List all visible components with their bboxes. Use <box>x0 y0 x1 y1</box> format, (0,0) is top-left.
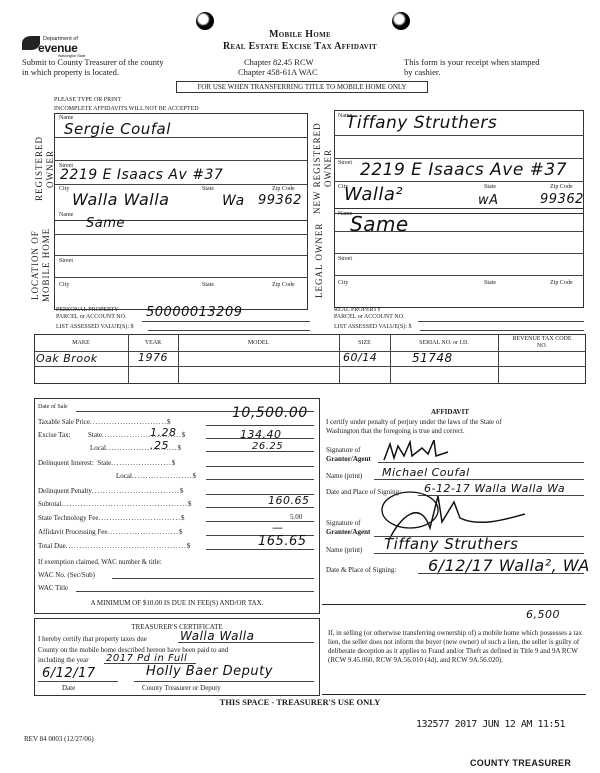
th-year: YEAR <box>128 340 178 346</box>
excise-tax-label: Excise Tax: <box>38 431 71 439</box>
no-street-field[interactable]: 2219 E Isaacs Ave #37 <box>360 160 567 180</box>
treasurer-line3: including the year <box>38 656 89 664</box>
th-serial: SERIAL NO. or I.D. <box>390 340 498 346</box>
treasurer-signer-label: County Treasurer or Deputy <box>142 684 221 692</box>
grantor-name-label: Name (print) <box>326 472 362 480</box>
punch-hole-right <box>392 12 410 30</box>
no-zip-field[interactable]: 99362 <box>540 192 584 207</box>
wac-no-label: WAC No. (Sec/Sub) <box>38 571 95 579</box>
lo-state-label: State <box>484 280 496 286</box>
td-serial[interactable]: 51748 <box>412 351 453 365</box>
loc-state-label: State <box>202 282 214 288</box>
wac-title-label: WAC Title <box>38 584 68 592</box>
personal-parcel-field[interactable]: 50000013209 <box>146 305 242 320</box>
grantor-signature-field[interactable] <box>382 440 452 462</box>
ro-state-label: State <box>202 186 214 192</box>
legal-owner-label: LEGAL OWNER <box>314 214 334 306</box>
affidavit-fee-field[interactable]: — <box>272 521 284 534</box>
tech-fee-field: 5.00 <box>290 513 302 521</box>
grantor-name-field[interactable]: Michael Coufal <box>382 466 470 479</box>
excise-local-field[interactable]: 26.25 <box>252 441 283 452</box>
no-street-label: Street <box>338 160 352 166</box>
taxable-sale-price-row: Taxable Sale Price......................… <box>38 418 171 426</box>
td-size[interactable]: 60/14 <box>343 351 377 364</box>
use-banner: FOR USE WHEN TRANSFERRING TITLE TO MOBIL… <box>176 81 428 93</box>
ro-name-field[interactable]: Sergie Coufal <box>64 120 171 138</box>
excise-state-rate[interactable]: 1.28 <box>150 426 177 439</box>
submit-note-line2: in which property is located. <box>22 67 119 77</box>
real-parcel-label1: REAL PROPERTY <box>334 307 381 313</box>
treasurer-county-field[interactable]: Walla Walla <box>180 629 254 643</box>
receipt-note-line1: This form is your receipt when stamped <box>404 57 540 67</box>
chapter-rcw: Chapter 82.45 RCW <box>244 57 314 67</box>
personal-assessed-label: LIST ASSESSED VALUE(S): $ <box>56 324 134 330</box>
no-name-field[interactable]: Tiffany Struthers <box>346 113 497 133</box>
excise-local-rate[interactable]: .25 <box>150 439 169 452</box>
loc-city-label: City <box>59 282 69 288</box>
grantor-sig-label1: Signature of <box>326 446 360 454</box>
loc-zip-label: Zip Code <box>272 282 295 288</box>
real-assessed-label: LIST ASSESSED VALUE(S): $ <box>334 324 412 330</box>
chapter-wac: Chapter 458-61A WAC <box>238 67 318 77</box>
form-title-line1: Mobile Home <box>0 29 600 40</box>
instructions-line1: PLEASE TYPE OR PRINT <box>54 97 121 103</box>
affidavit-certify-line2: Washington that the foregoing is true an… <box>326 427 465 435</box>
new-owner-label: NEW REGISTERED OWNER <box>312 116 336 220</box>
grantee-sig-label1: Signature of <box>326 519 360 527</box>
treasurer-date-label: Date <box>62 684 75 692</box>
ro-city-label: City <box>59 186 69 192</box>
lo-street-label: Street <box>338 256 352 262</box>
county-treasurer-stamp: COUNTY TREASURER <box>470 758 571 768</box>
delinquent-penalty-row: Delinquent Penalty......................… <box>38 487 183 495</box>
no-city-field[interactable]: Walla² <box>344 184 403 205</box>
grantee-sig-label2: Grantee/Agent <box>326 528 370 536</box>
no-state-field[interactable]: wA <box>478 193 499 208</box>
tech-fee-row: State Technology Fee....................… <box>38 514 184 522</box>
lien-handwritten-value: 6,500 <box>526 608 560 621</box>
punch-hole-left <box>196 12 214 30</box>
form-title-line2: Real Estate Excise Tax Affidavit <box>0 41 600 52</box>
excise-state-field[interactable]: 134.40 <box>240 428 282 441</box>
ro-city-field[interactable]: Walla Walla <box>72 190 169 209</box>
real-parcel-label2: PARCEL or ACCOUNT NO. <box>334 314 404 320</box>
no-zip-label: Zip Code <box>550 184 573 190</box>
loc-name-label: Name <box>59 212 73 218</box>
no-state-label: State <box>484 184 496 190</box>
total-due-row: Total Due...............................… <box>38 542 190 550</box>
lo-zip-label: Zip Code <box>550 280 573 286</box>
treasurer-signer-field[interactable]: Holly Baer Deputy <box>146 664 273 679</box>
treasurer-date-field[interactable]: 6/12/17 <box>42 666 96 681</box>
grantee-name-label: Name (print) <box>326 546 362 554</box>
grantor-signature-icon <box>382 440 452 462</box>
exemption-label: If exemption claimed, WAC number & title… <box>38 558 162 566</box>
treasurer-heading: TREASURER'S CERTIFICATE <box>34 623 320 631</box>
affidavit-heading: AFFIDAVIT <box>310 408 590 416</box>
minimum-note: A MINIMUM OF $10.00 IS DUE IN FEE(S) AND… <box>34 599 320 607</box>
lo-name-field[interactable]: Same <box>350 212 409 236</box>
treasurer-line1: I hereby certify that property taxes due <box>38 635 147 643</box>
receipt-stamp: 132577 2017 JUN 12 AM 11:51 <box>416 719 565 730</box>
grantee-name-field[interactable]: Tiffany Struthers <box>384 535 518 553</box>
ro-street-field[interactable]: 2219 E Isaacs Av #37 <box>60 167 223 183</box>
ro-zip-label: Zip Code <box>272 186 295 192</box>
receipt-note-line2: by cashier. <box>404 67 440 77</box>
grantee-date-label: Date & Place of Signing: <box>326 566 396 574</box>
affidavit-certify-line1: I certify under penalty of perjury under… <box>326 418 502 426</box>
grantor-sig-label2: Grantor/Agent <box>326 455 371 463</box>
lien-note-text: If, in selling (or otherwise transferrin… <box>328 629 586 665</box>
td-make[interactable]: Oak Brook <box>36 352 98 365</box>
ro-zip-field[interactable]: 99362 <box>258 193 302 208</box>
lo-city-label: City <box>338 280 348 286</box>
delinquent-interest-local-row: Local......................$ <box>116 472 196 480</box>
date-of-sale-label: Date of Sale <box>38 404 68 410</box>
personal-parcel-label2: PARCEL or ACCOUNT NO. <box>56 314 126 320</box>
form-number: REV 84 0003 (12/27/06) <box>24 735 94 743</box>
delinquent-interest-state-row: Delinquent Interest: State..............… <box>38 459 175 467</box>
personal-parcel-label1: PERSONAL PROPERTY <box>56 307 119 313</box>
ro-state-field[interactable]: Wa <box>222 193 245 209</box>
total-due-field[interactable]: 165.65 <box>258 534 307 549</box>
treasurer-use-only: THIS SPACE - TREASURER'S USE ONLY <box>0 697 600 707</box>
grantee-date-field[interactable]: 6/12/17 Walla², WA <box>428 556 590 575</box>
th-model: MODEL <box>178 340 339 346</box>
treasurer-year-field[interactable]: 2017 Pd in Full <box>106 653 187 664</box>
th-revenue-code: REVENUE TAX CODE NO. <box>512 336 572 350</box>
subtotal-field[interactable]: 160.65 <box>268 494 310 507</box>
taxable-sale-price-field[interactable]: 10,500.00 <box>232 405 308 421</box>
th-make: MAKE <box>34 340 128 346</box>
instructions-line2: INCOMPLETE AFFIDAVITS WILL NOT BE ACCEPT… <box>54 106 199 112</box>
td-year[interactable]: 1976 <box>138 351 168 364</box>
loc-street-label: Street <box>59 258 73 264</box>
affidavit-fee-row: Affidavit Processing Fee................… <box>38 528 182 536</box>
submit-note-line1: Submit to County Treasurer of the county <box>22 57 164 67</box>
th-size: SIZE <box>339 340 390 346</box>
loc-name-field[interactable]: Same <box>86 216 125 231</box>
subtotal-row: Subtotal................................… <box>38 500 191 508</box>
